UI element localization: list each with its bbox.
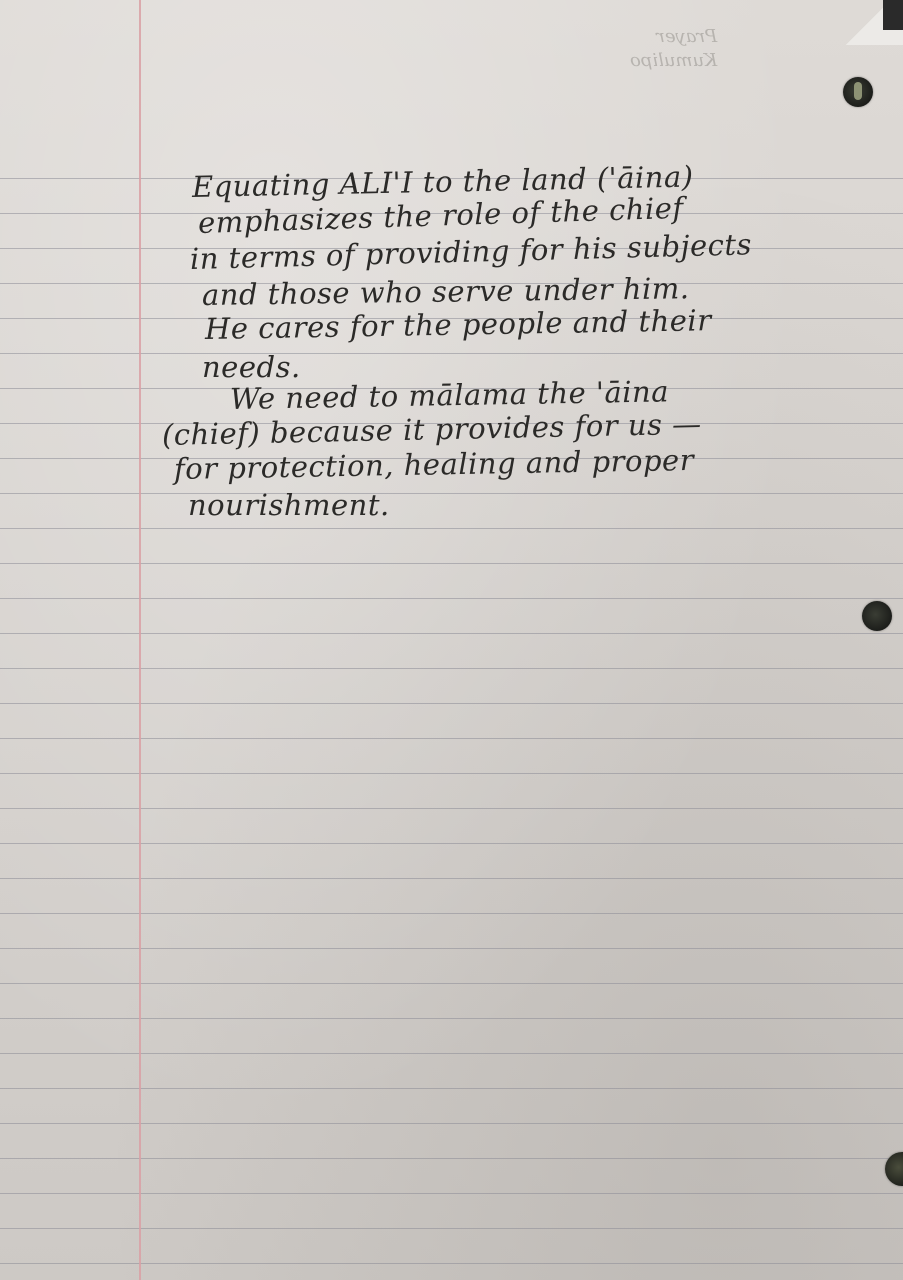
bleed-through-line: Prayer bbox=[630, 25, 717, 49]
binder-hole-middle bbox=[862, 601, 892, 631]
handwriting-line: nourishment. bbox=[188, 488, 390, 522]
binder-hole-top bbox=[843, 77, 873, 107]
ruled-lines bbox=[0, 178, 903, 1280]
notebook-page: Prayer Kumulipo Equating ALI'I to the la… bbox=[0, 0, 903, 1280]
bleed-through-line: Kumulipo bbox=[630, 49, 717, 73]
bleed-through-text: Prayer Kumulipo bbox=[630, 25, 717, 73]
margin-line bbox=[139, 0, 141, 1280]
handwriting-line: needs. bbox=[202, 350, 301, 384]
background-corner bbox=[883, 0, 903, 30]
